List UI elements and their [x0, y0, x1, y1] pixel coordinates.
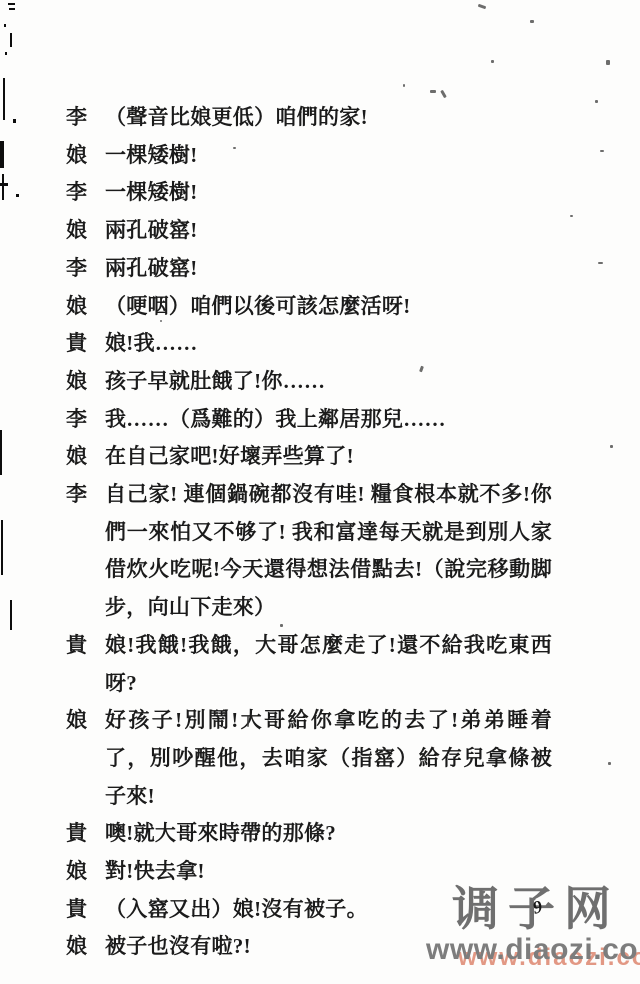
scan-artifact: [8, 3, 15, 5]
dialogue-text: 噢!就大哥來時帶的那條?: [105, 821, 336, 845]
dialogue-text: 好孩子!別鬧!大哥給你拿吃的去了!弟弟睡着了，別吵醒他，去咱家（指窰）給存兒拿條…: [105, 708, 552, 807]
script-line: 娘兩孔破窰!: [66, 212, 552, 250]
dialogue-text: 兩孔破窰!: [105, 218, 198, 242]
dialogue-text: 自己家! 連個鍋碗都沒有哇! 糧食根本就不多!你們一來怕又不够了! 我和富達每天…: [105, 482, 552, 619]
scan-speck: [610, 445, 613, 448]
speaker-label: 娘: [66, 363, 87, 401]
scan-artifact: [1, 520, 3, 575]
scan-speck: [491, 60, 494, 63]
scan-speck: [247, 715, 249, 727]
speaker-label: 李: [66, 476, 87, 514]
scan-speck: [280, 624, 283, 627]
script-line: 李我……（爲難的）我上鄰居那兒……: [66, 401, 552, 439]
dialogue-text: （聲音比娘更低）咱們的家!: [105, 105, 368, 129]
speaker-label: 李: [66, 250, 87, 288]
scan-speck: [595, 100, 598, 103]
dialogue-text: 娘!我……: [105, 331, 198, 355]
scan-artifact: [9, 8, 15, 10]
dialogue-text: 對!快去拿!: [105, 859, 205, 883]
speaker-label: 李: [66, 174, 87, 212]
scan-artifact: [0, 141, 4, 168]
script-line: 貴娘!我餓!我餓，大哥怎麼走了!還不給我吃東西呀?: [66, 627, 552, 702]
scan-artifact: [0, 183, 8, 186]
scan-artifact: [4, 24, 6, 27]
speaker-label: 貴: [66, 627, 87, 665]
script-line: 娘好孩子!別鬧!大哥給你拿吃的去了!弟弟睡着了，別吵醒他，去咱家（指窰）給存兒拿…: [66, 702, 552, 815]
scan-speck: [403, 84, 405, 87]
script-line: 李（聲音比娘更低）咱們的家!: [66, 99, 552, 137]
speaker-label: 娘: [66, 137, 87, 175]
dialogue-text: 我……（爲難的）我上鄰居那兒……: [105, 407, 446, 431]
speaker-label: 娘: [66, 212, 87, 250]
scan-speck: [530, 20, 534, 23]
script-line: 李一棵矮樹!: [66, 174, 552, 212]
dialogue-text: （入窰又出）娘!沒有被子。: [105, 897, 368, 921]
play-script: 李（聲音比娘更低）咱們的家! 娘一棵矮樹! 李一棵矮樹! 娘兩孔破窰! 李兩孔破…: [66, 99, 552, 966]
scan-speck: [440, 90, 447, 98]
speaker-label: 李: [66, 99, 87, 137]
script-line: 娘一棵矮樹!: [66, 137, 552, 175]
scan-speck: [430, 90, 436, 93]
scan-speck: [478, 4, 487, 10]
script-line: 娘（哽咽）咱們以後可該怎麼活呀!: [66, 288, 552, 326]
speaker-label: 貴: [66, 325, 87, 363]
scan-artifact: [5, 52, 7, 55]
script-line: 貴娘!我……: [66, 325, 552, 363]
scan-speck: [608, 762, 611, 765]
dialogue-text: 在自己家吧!好壞弄些算了!: [105, 444, 354, 468]
scan-speck: [233, 147, 236, 149]
speaker-label: 娘: [66, 928, 87, 966]
dialogue-text: 一棵矮樹!: [105, 180, 198, 204]
script-line: 娘孩子早就肚餓了!你……: [66, 363, 552, 401]
scan-artifact: [2, 174, 4, 200]
dialogue-text: （哽咽）咱們以後可該怎麼活呀!: [105, 294, 411, 318]
watermark-site-url: www.diaozi.com: [426, 933, 640, 967]
scan-artifact: [3, 78, 5, 120]
speaker-label: 娘: [66, 438, 87, 476]
scan-speck: [160, 320, 162, 322]
scan-speck: [570, 215, 573, 217]
scan-artifact: [13, 119, 16, 123]
scan-artifact: [16, 194, 19, 197]
scanned-page: 李（聲音比娘更低）咱們的家! 娘一棵矮樹! 李一棵矮樹! 娘兩孔破窰! 李兩孔破…: [0, 0, 640, 984]
scan-speck: [600, 150, 604, 152]
dialogue-text: 一棵矮樹!: [105, 143, 198, 167]
scan-artifact: [10, 600, 12, 630]
dialogue-text: 孩子早就肚餓了!你……: [105, 369, 325, 393]
speaker-label: 娘: [66, 853, 87, 891]
dialogue-text: 娘!我餓!我餓，大哥怎麼走了!還不給我吃東西呀?: [105, 633, 552, 695]
scan-artifact: [0, 430, 2, 475]
speaker-label: 娘: [66, 702, 87, 740]
script-line: 娘在自己家吧!好壞弄些算了!: [66, 438, 552, 476]
dialogue-text: 兩孔破窰!: [105, 256, 198, 280]
scan-speck: [598, 262, 603, 264]
scan-artifact: [10, 33, 12, 47]
speaker-label: 貴: [66, 891, 87, 929]
script-line: 李自己家! 連個鍋碗都沒有哇! 糧食根本就不多!你們一來怕又不够了! 我和富達每…: [66, 476, 552, 627]
script-line: 李兩孔破窰!: [66, 250, 552, 288]
dialogue-text: 被子也沒有啦?!: [105, 934, 251, 958]
script-line: 貴噢!就大哥來時帶的那條?: [66, 815, 552, 853]
speaker-label: 李: [66, 401, 87, 439]
speaker-label: 貴: [66, 815, 87, 853]
speaker-label: 娘: [66, 288, 87, 326]
scan-speck: [606, 60, 610, 65]
